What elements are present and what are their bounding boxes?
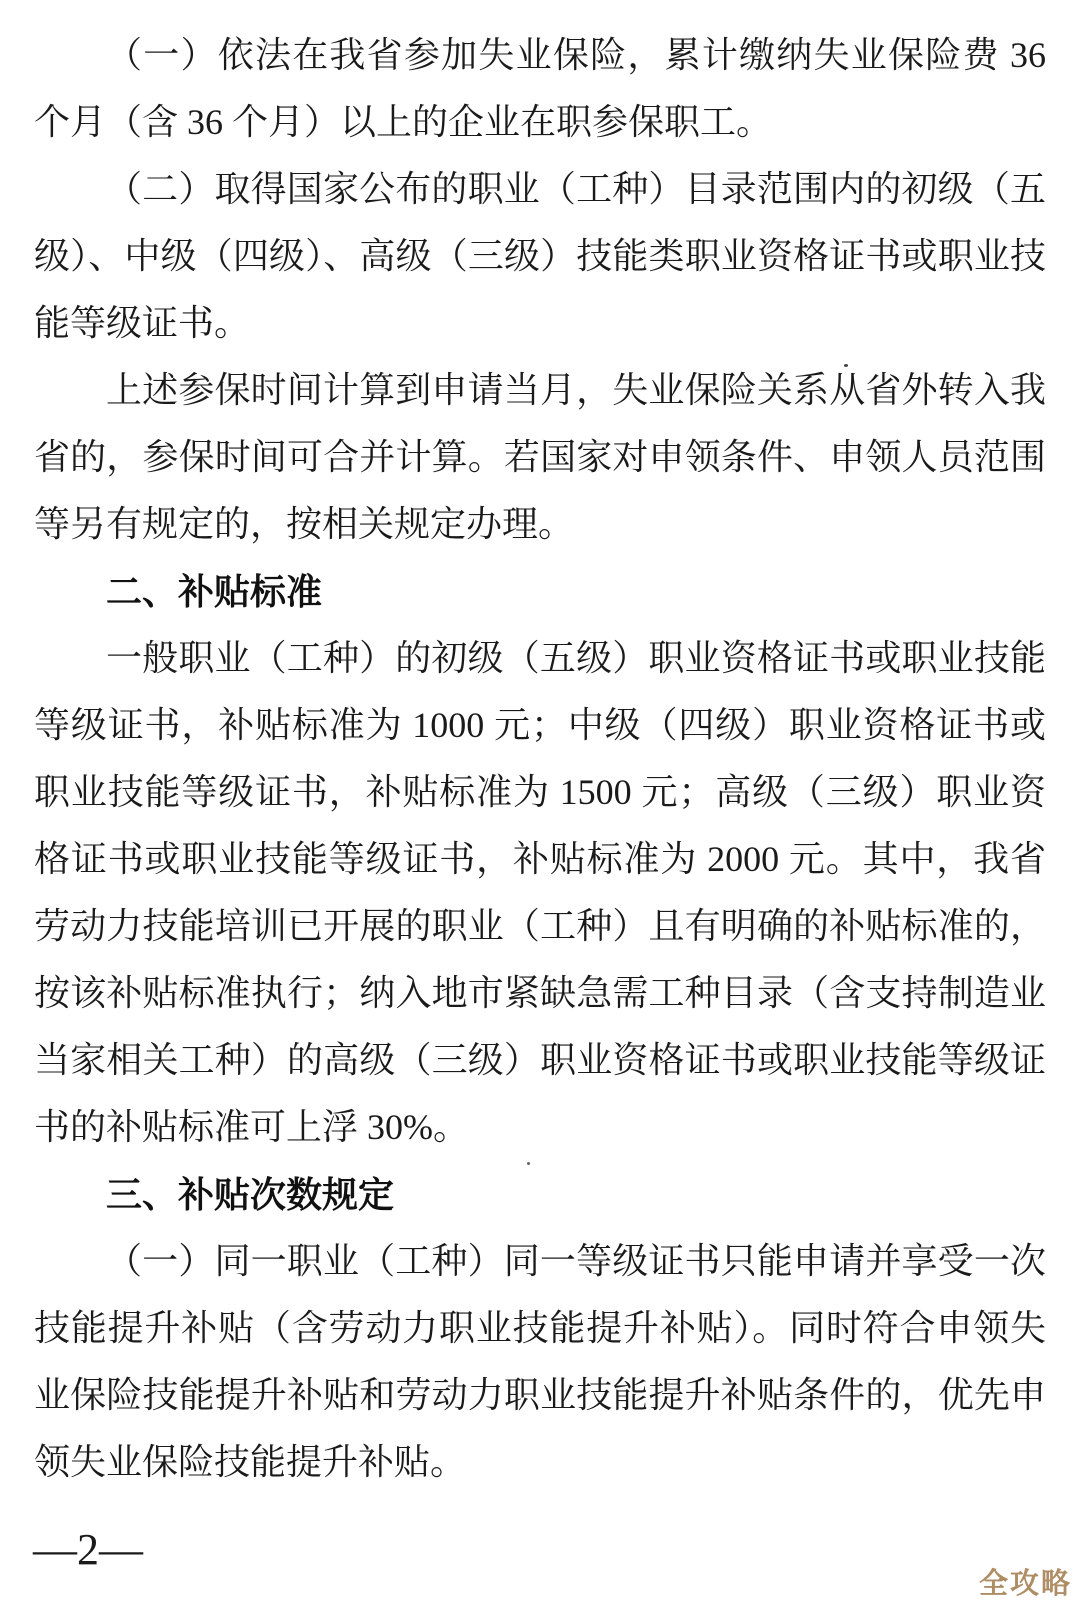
document-page: （一）依法在我省参加失业保险，累计缴纳失业保险费 36 个月（含 36 个月）以… [0,0,1080,1607]
page-number: —2— [33,1528,143,1572]
scan-speck [527,1162,530,1165]
scan-speck [844,364,848,367]
document-body: （一）依法在我省参加失业保险，累计缴纳失业保险费 36 个月（含 36 个月）以… [34,22,1046,1496]
paragraph-frequency-rule-1: （一）同一职业（工种）同一等级证书只能申请并享受一次技能提升补贴（含劳动力职业技… [34,1228,1046,1496]
watermark-text: 全攻略 [979,1570,1072,1599]
section-heading-subsidy-standard: 二、补贴标准 [34,558,1046,625]
section-heading-subsidy-frequency: 三、补贴次数规定 [34,1161,1046,1228]
paragraph-insured-time-rules: 上述参保时间计算到申请当月，失业保险关系从省外转入我省的，参保时间可合并计算。若… [34,357,1046,558]
paragraph-eligibility-item-2: （二）取得国家公布的职业（工种）目录范围内的初级（五级）、中级（四级）、高级（三… [34,156,1046,357]
paragraph-subsidy-amounts: 一般职业（工种）的初级（五级）职业资格证书或职业技能等级证书，补贴标准为 100… [34,625,1046,1161]
paragraph-eligibility-item-1: （一）依法在我省参加失业保险，累计缴纳失业保险费 36 个月（含 36 个月）以… [34,22,1046,156]
